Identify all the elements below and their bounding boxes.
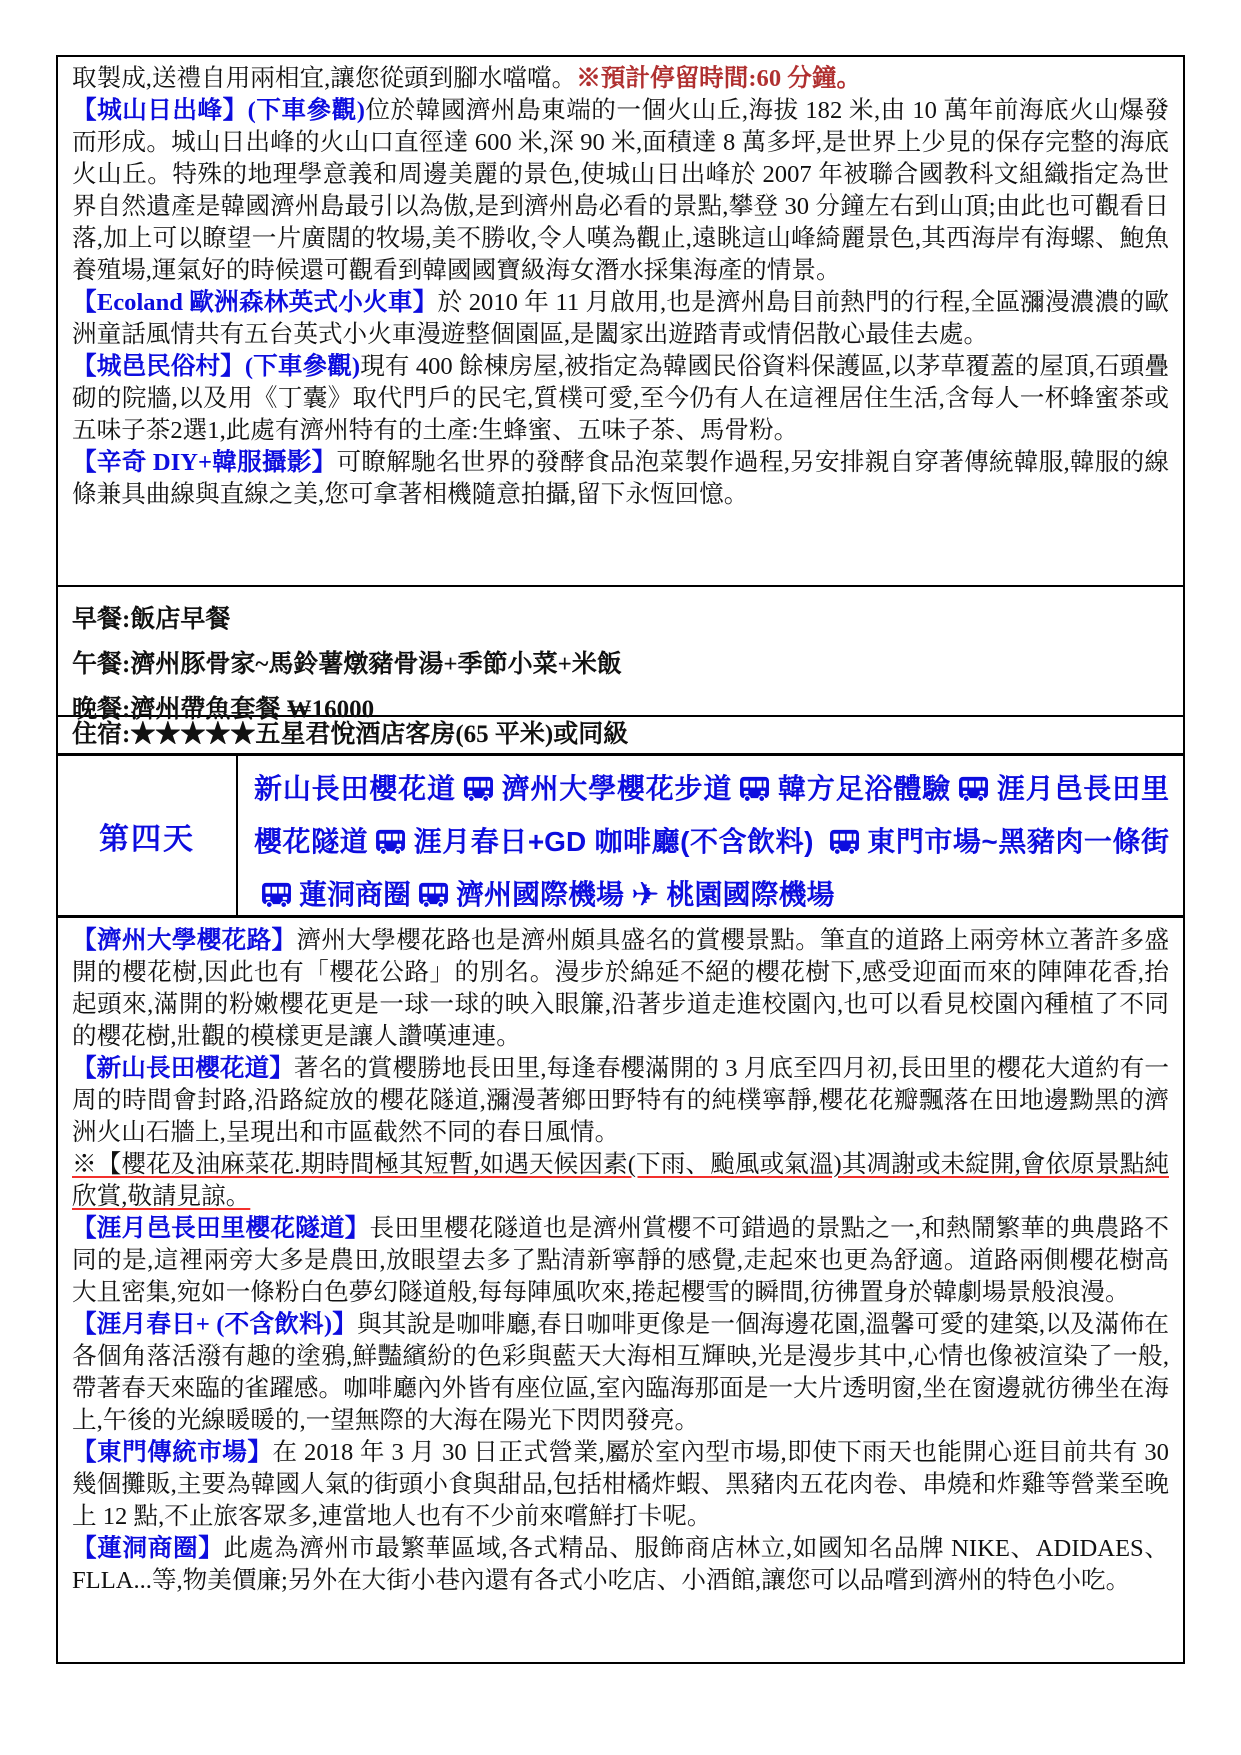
itinerary-table: 取製成,送禮自用兩相宜,讓您從頭到腳水噹噹。※預計停留時間:60 分鐘。【城山日… xyxy=(56,55,1185,1664)
paragraph-text: 取製成,送禮自用兩相宜,讓您從頭到腳水噹噹。 xyxy=(72,65,576,92)
bus-icon xyxy=(418,874,449,923)
itinerary-page: 取製成,送禮自用兩相宜,讓您從頭到腳水噹噹。※預計停留時間:60 分鐘。【城山日… xyxy=(0,0,1241,1755)
attraction-heading: 【蓮洞商圈】 xyxy=(72,1535,224,1562)
bus-icon xyxy=(739,768,770,817)
attraction-heading: 【濟州大學櫻花路】 xyxy=(72,927,296,954)
attraction-heading: 【城邑民俗村】(下車參觀) xyxy=(72,353,360,380)
attraction-heading: 【Ecoland 歐洲森林英式小火車】 xyxy=(72,289,438,316)
attraction-heading: 【涯月春日+ (不含飲料)】 xyxy=(72,1311,357,1338)
bus-icon xyxy=(463,768,494,817)
paragraph-text: ※【櫻花及油麻菜花.期時間極其短暫,如遇天候因素(下雨、颱風或氣溫)其凋謝或未綻… xyxy=(72,1151,1169,1210)
route-stop-label: 蓮洞商圈 xyxy=(299,879,411,910)
intro-continued: 取製成,送禮自用兩相宜,讓您從頭到腳水噹噹。※預計停留時間:60 分鐘。 xyxy=(72,63,1169,95)
day4-row: 第四天 新山長田櫻花道濟州大學櫻花步道韓方足浴體驗涯月邑長田里櫻花隧道涯月春日+… xyxy=(58,756,1183,918)
route-stop-label: 東門市場~黑豬肉一條街 xyxy=(867,826,1169,857)
route-stop-label: 新山長田櫻花道 xyxy=(254,773,456,804)
aewol-jangjeon-cherry-tunnel: 【涯月邑長田里櫻花隧道】長田里櫻花隧道也是濟州賞櫻不可錯過的景點之一,和熱鬧繁華… xyxy=(72,1213,1169,1309)
ecoland: 【Ecoland 歐洲森林英式小火車】於 2010 年 11 月啟用,也是濟州島… xyxy=(72,287,1169,351)
day4-description-cell: 【濟州大學櫻花路】濟州大學櫻花路也是濟州頗具盛名的賞櫻景點。筆直的道路上兩旁林立… xyxy=(58,918,1183,1662)
route-stop-label: 涯月春日+GD 咖啡廳(不含飲料) xyxy=(413,826,822,857)
route-stop-label: 濟州國際機場 xyxy=(456,879,624,910)
yeondong-shopping-district: 【蓮洞商圈】此處為濟州市最繁華區域,各式精品、服飾商店林立,如國知名品牌 NIK… xyxy=(72,1533,1169,1597)
sinsan-jangjeon-cherry-road: 【新山長田櫻花道】著名的賞櫻勝地長田里,每逢春櫻滿開的 3 月底至四月初,長田里… xyxy=(72,1053,1169,1149)
bus-icon xyxy=(261,874,292,923)
route-stop-label: 桃園國際機場 xyxy=(667,879,835,910)
attraction-heading: 【城山日出峰】(下車參觀) xyxy=(72,97,365,124)
attraction-heading: 【東門傳統市場】 xyxy=(72,1439,272,1466)
day4-label: 第四天 xyxy=(99,814,195,858)
seongsan-ilchulbong: 【城山日出峰】(下車參觀)位於韓國濟州島東端的一個火山丘,海拔 182 米,由 … xyxy=(72,95,1169,287)
hotel-line: 住宿:★★★★★五星君悅酒店客房(65 平米)或同級 xyxy=(72,721,628,748)
paragraph-text: ※預計停留時間:60 分鐘。 xyxy=(576,65,861,92)
meals-cell: 早餐:飯店早餐 午餐:濟州豚骨家~馬鈴薯燉豬骨湯+季節小菜+米飯 晚餐:濟州帶魚… xyxy=(58,587,1183,717)
bus-icon xyxy=(829,821,860,870)
kimchi-diy-hanbok: 【辛奇 DIY+韓服攝影】可瞭解馳名世界的發酵食品泡菜製作過程,另安排親自穿著傳… xyxy=(72,447,1169,511)
dongmun-traditional-market: 【東門傳統市場】在 2018 年 3 月 30 日正式營業,屬於室內型市場,即使… xyxy=(72,1437,1169,1533)
attraction-heading: 【涯月邑長田里櫻花隧道】 xyxy=(72,1215,370,1242)
bus-icon xyxy=(375,821,406,870)
bus-icon xyxy=(958,768,989,817)
airplane-icon: ✈ xyxy=(631,875,660,915)
cherry-blossom-disclaimer: ※【櫻花及油麻菜花.期時間極其短暫,如遇天候因素(下雨、颱風或氣溫)其凋謝或未綻… xyxy=(72,1149,1169,1213)
attraction-heading: 【辛奇 DIY+韓服攝影】 xyxy=(72,449,337,476)
day4-label-cell: 第四天 xyxy=(58,756,238,915)
lunch-line: 午餐:濟州豚骨家~馬鈴薯燉豬骨湯+季節小菜+米飯 xyxy=(72,642,1169,687)
hotel-cell: 住宿:★★★★★五星君悅酒店客房(65 平米)或同級 xyxy=(58,717,1183,756)
aewol-bomnal-cafe: 【涯月春日+ (不含飲料)】與其說是咖啡廳,春日咖啡更像是一個海邊花園,溫馨可愛… xyxy=(72,1309,1169,1437)
seongeup-folk-village: 【城邑民俗村】(下車參觀)現有 400 餘棟房屋,被指定為韓國民俗資料保護區,以… xyxy=(72,351,1169,447)
jeju-university-cherry-road: 【濟州大學櫻花路】濟州大學櫻花路也是濟州頗具盛名的賞櫻景點。筆直的道路上兩旁林立… xyxy=(72,925,1169,1053)
route-stop-label: 韓方足浴體驗 xyxy=(777,773,951,804)
day4-route-cell: 新山長田櫻花道濟州大學櫻花步道韓方足浴體驗涯月邑長田里櫻花隧道涯月春日+GD 咖… xyxy=(238,756,1183,915)
paragraph-text: 此處為濟州市最繁華區域,各式精品、服飾商店林立,如國知名品牌 NIKE、ADID… xyxy=(72,1535,1169,1594)
paragraph-text: 位於韓國濟州島東端的一個火山丘,海拔 182 米,由 10 萬年前海底火山爆發而… xyxy=(72,97,1169,284)
day3-description-cell: 取製成,送禮自用兩相宜,讓您從頭到腳水噹噹。※預計停留時間:60 分鐘。【城山日… xyxy=(58,57,1183,587)
breakfast-line: 早餐:飯店早餐 xyxy=(72,597,1169,642)
route-stop-label: 濟州大學櫻花步道 xyxy=(501,773,732,804)
attraction-heading: 【新山長田櫻花道】 xyxy=(72,1055,294,1082)
